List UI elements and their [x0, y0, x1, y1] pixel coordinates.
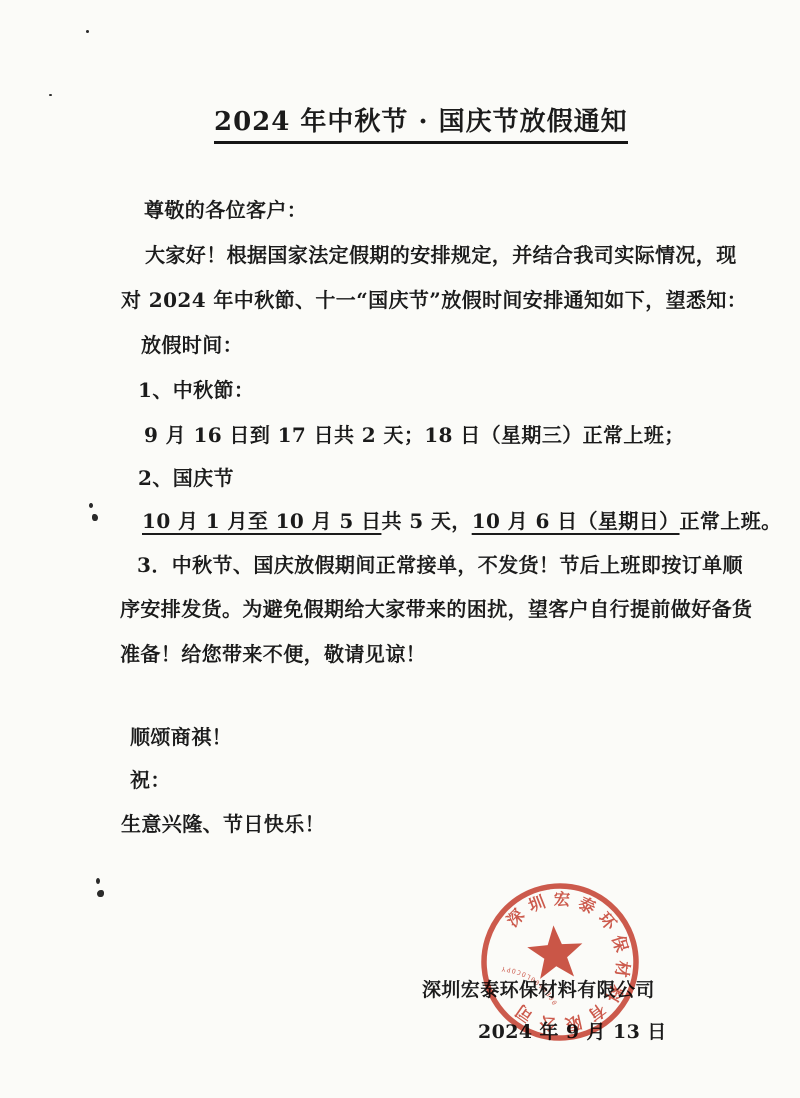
item2-underlined-dates-1: 10 月 1 月至 10 月 5 日: [142, 509, 381, 533]
salutation: 尊敬的各位客户：: [144, 194, 307, 223]
item2-detail: 10 月 1 月至 10 月 5 日共 5 天，10 月 6 日（星期日）正常上…: [142, 505, 782, 534]
scan-artifact-dot: [97, 890, 104, 897]
item1-title: 1、中秋節：: [138, 374, 254, 403]
item2-underlined-dates-2: 10 月 6 日（星期日）: [472, 509, 680, 533]
holiday-time-header: 放假时间：: [141, 329, 243, 358]
scan-artifact-dot: [92, 514, 98, 521]
item3-line-3: 准备！给您带来不便，敬请见谅！: [120, 638, 426, 667]
item2-title: 2、国庆节: [138, 462, 234, 491]
scan-artifact-speck: [49, 94, 52, 96]
scanned-holiday-notice-document: 2024 年中秋节 · 国庆节放假通知 尊敬的各位客户： 大家好！根据国家法定假…: [0, 0, 800, 1098]
company-seal-stamp: 深圳宏泰环保材料有限公司 00E6600LOCOPY: [463, 865, 657, 1059]
item3-line-1: 3．中秋节、国庆放假期间正常接单，不发货！节后上班即按订单顺: [137, 549, 743, 578]
scan-artifact-speck: [86, 30, 89, 33]
item3-line-2: 序安排发货。为避免假期给大家带来的困扰，望客户自行提前做好备货: [120, 593, 752, 622]
wish-text: 生意兴隆、节日快乐！: [121, 808, 325, 837]
regards-line: 顺颂商祺！: [130, 721, 232, 750]
item2-plain-1: 共 5 天，: [381, 509, 471, 533]
intro-paragraph-line-2: 对 2024 年中秋節、十一“国庆节”放假时间安排通知如下，望悉知：: [121, 284, 747, 313]
wish-label: 祝：: [130, 764, 171, 793]
intro-paragraph-line-1: 大家好！根据国家法定假期的安排规定，并结合我司实际情况，现: [145, 239, 737, 268]
seal-star-icon: [526, 923, 585, 979]
document-title: 2024 年中秋节 · 国庆节放假通知: [214, 101, 628, 144]
scan-artifact-dot: [89, 503, 93, 508]
item2-plain-2: 正常上班。: [680, 509, 782, 533]
scan-artifact-dot: [96, 878, 100, 884]
item1-detail: 9 月 16 日到 17 日共 2 天；18 日（星期三）正常上班；: [144, 419, 685, 448]
